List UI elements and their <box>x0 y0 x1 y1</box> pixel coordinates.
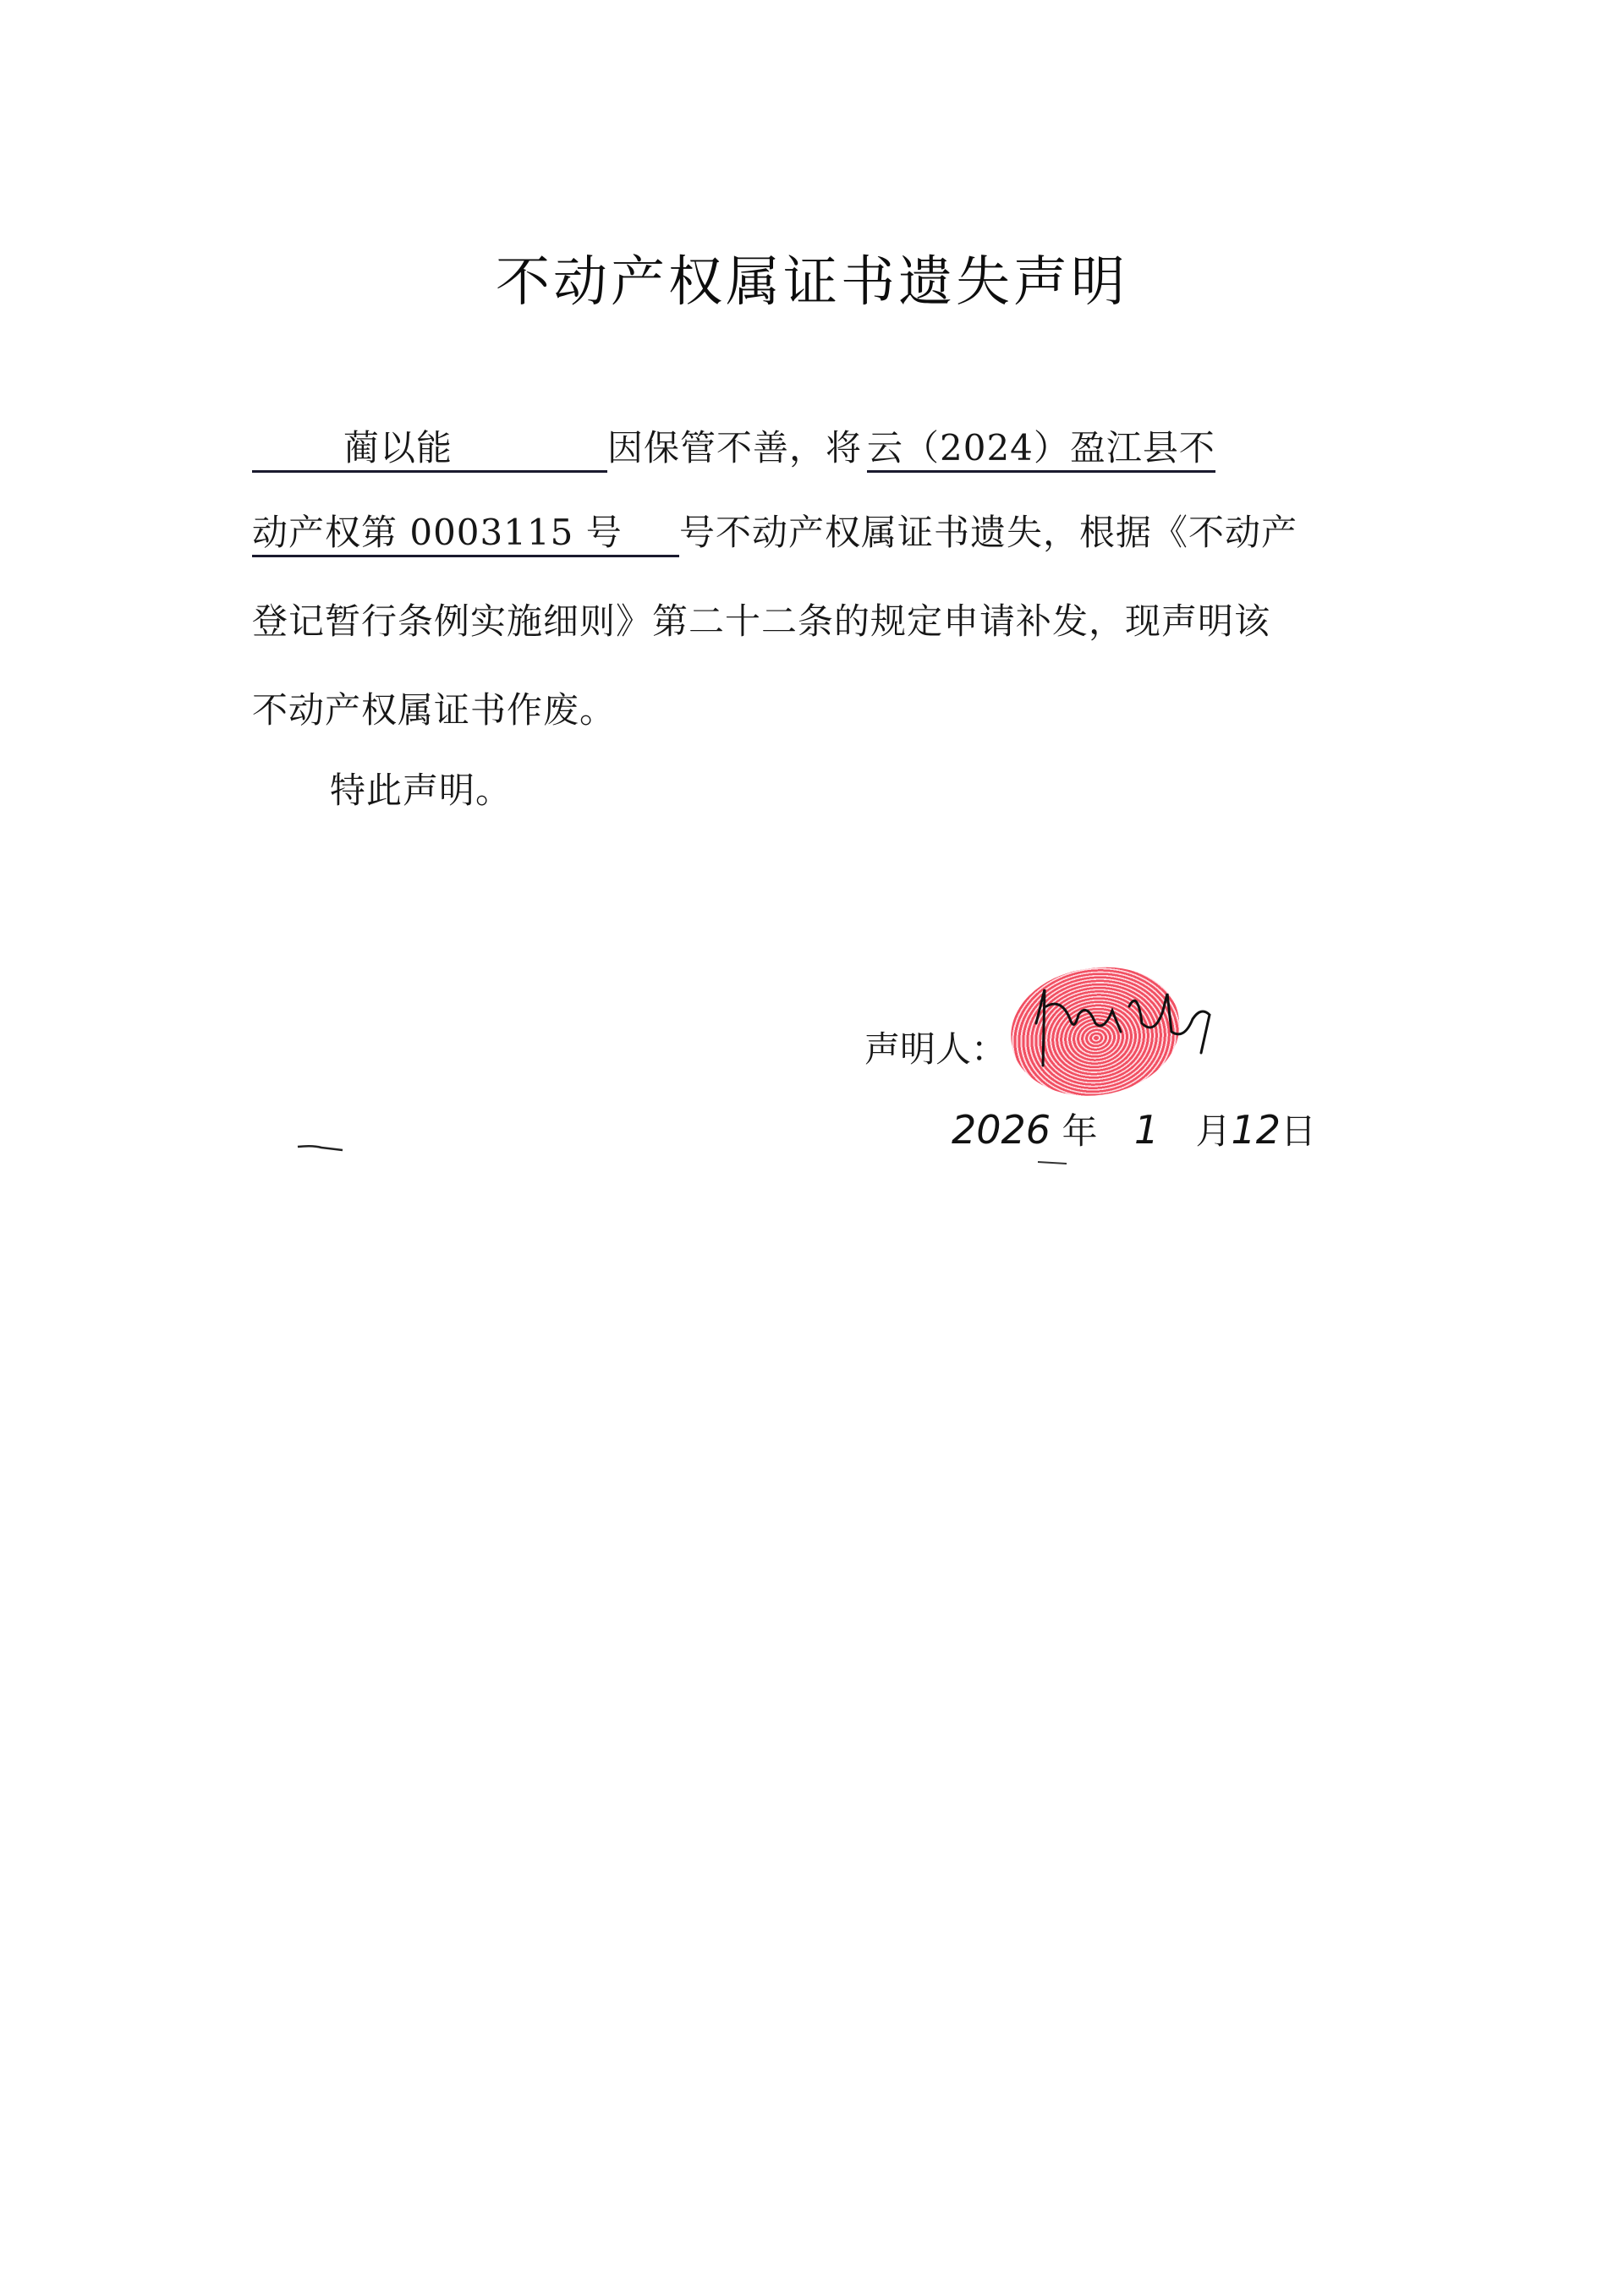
date-day: 12 <box>1231 1107 1281 1153</box>
cert-number-part1: 云（2024）盈江县不 <box>867 426 1215 473</box>
paragraph-line-1: 蔺以能因保管不善，将云（2024）盈江县不 <box>252 423 1215 474</box>
line2-text: 号不动产权属证书遗失，根据《不动产 <box>679 512 1298 553</box>
paragraph-line-4: 不动产权属证书作废。 <box>252 685 616 736</box>
handwritten-signature <box>1028 973 1248 1082</box>
cert-number-part2: 动产权第 0003115 号 <box>252 511 679 557</box>
document-title: 不动产权属证书遗失声明 <box>0 238 1624 316</box>
date-month-label: 月 <box>1195 1110 1231 1152</box>
name-blank: 蔺以能 <box>252 426 607 473</box>
date-year: 2026 <box>952 1107 1051 1153</box>
date-day-label: 日 <box>1281 1110 1316 1152</box>
scan-artifact-mark <box>296 1142 347 1153</box>
signer-label: 声明人： <box>864 1022 1007 1072</box>
signature-date: 2026 年 1 月12日 <box>952 1104 1316 1154</box>
date-month: 1 <box>1134 1107 1159 1153</box>
paragraph-line-2: 动产权第 0003115 号号不动产权属证书遗失，根据《不动产 <box>252 507 1298 558</box>
paragraph-line-3: 登记暂行条例实施细则》第二十二条的规定申请补发，现声明该 <box>252 596 1270 647</box>
line1-text: 因保管不善，将 <box>607 427 862 469</box>
scan-artifact-mark <box>1036 1159 1070 1167</box>
date-year-label: 年 <box>1062 1110 1097 1152</box>
declarant-name: 蔺以能 <box>252 427 453 469</box>
closing-statement: 特此声明。 <box>330 765 512 816</box>
